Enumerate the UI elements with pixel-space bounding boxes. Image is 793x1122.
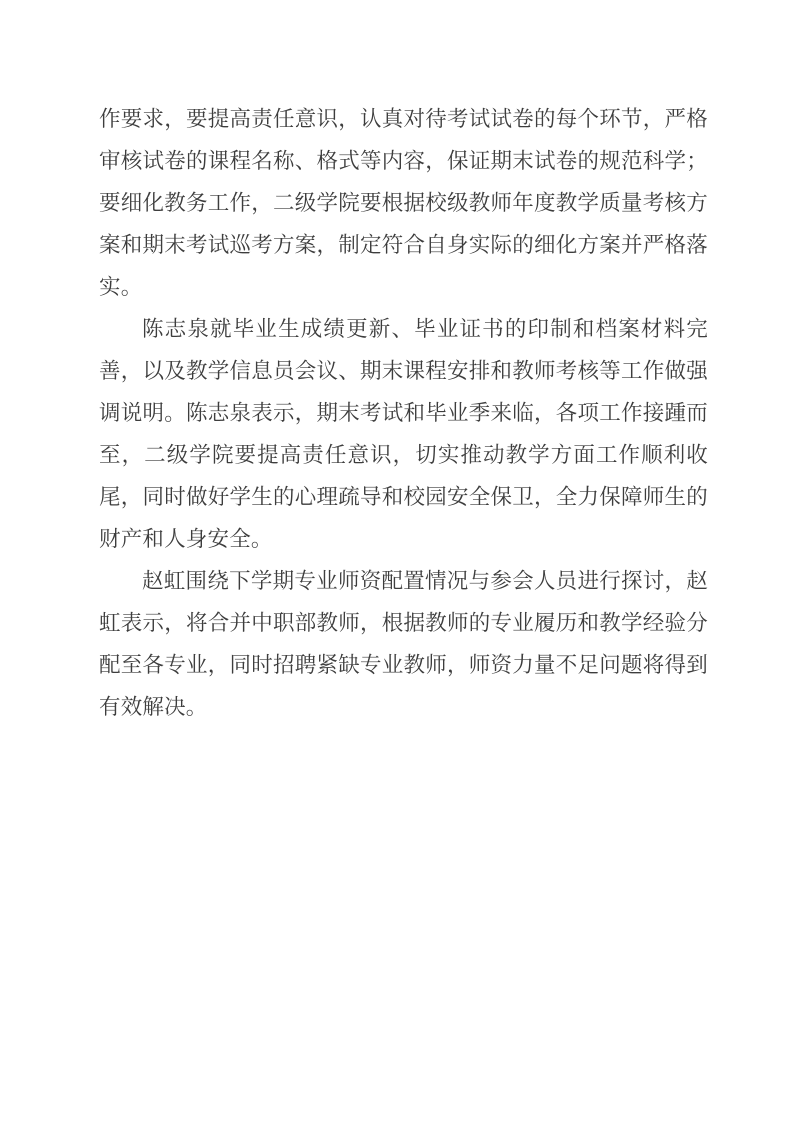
paragraph-continuation: 作要求，要提高责任意识，认真对待考试试卷的每个环节，严格审核试卷的课程名称、格式… bbox=[99, 98, 708, 308]
paragraph-chenzhiquan: 陈志泉就毕业生成绩更新、毕业证书的印制和档案材料完善，以及教学信息员会议、期末课… bbox=[99, 308, 708, 560]
document-page: 作要求，要提高责任意识，认真对待考试试卷的每个环节，严格审核试卷的课程名称、格式… bbox=[0, 0, 793, 1122]
document-text-block: 作要求，要提高责任意识，认真对待考试试卷的每个环节，严格审核试卷的课程名称、格式… bbox=[99, 98, 708, 728]
paragraph-zhaohong: 赵虹围绕下学期专业师资配置情况与参会人员进行探讨，赵虹表示，将合并中职部教师，根… bbox=[99, 560, 708, 728]
